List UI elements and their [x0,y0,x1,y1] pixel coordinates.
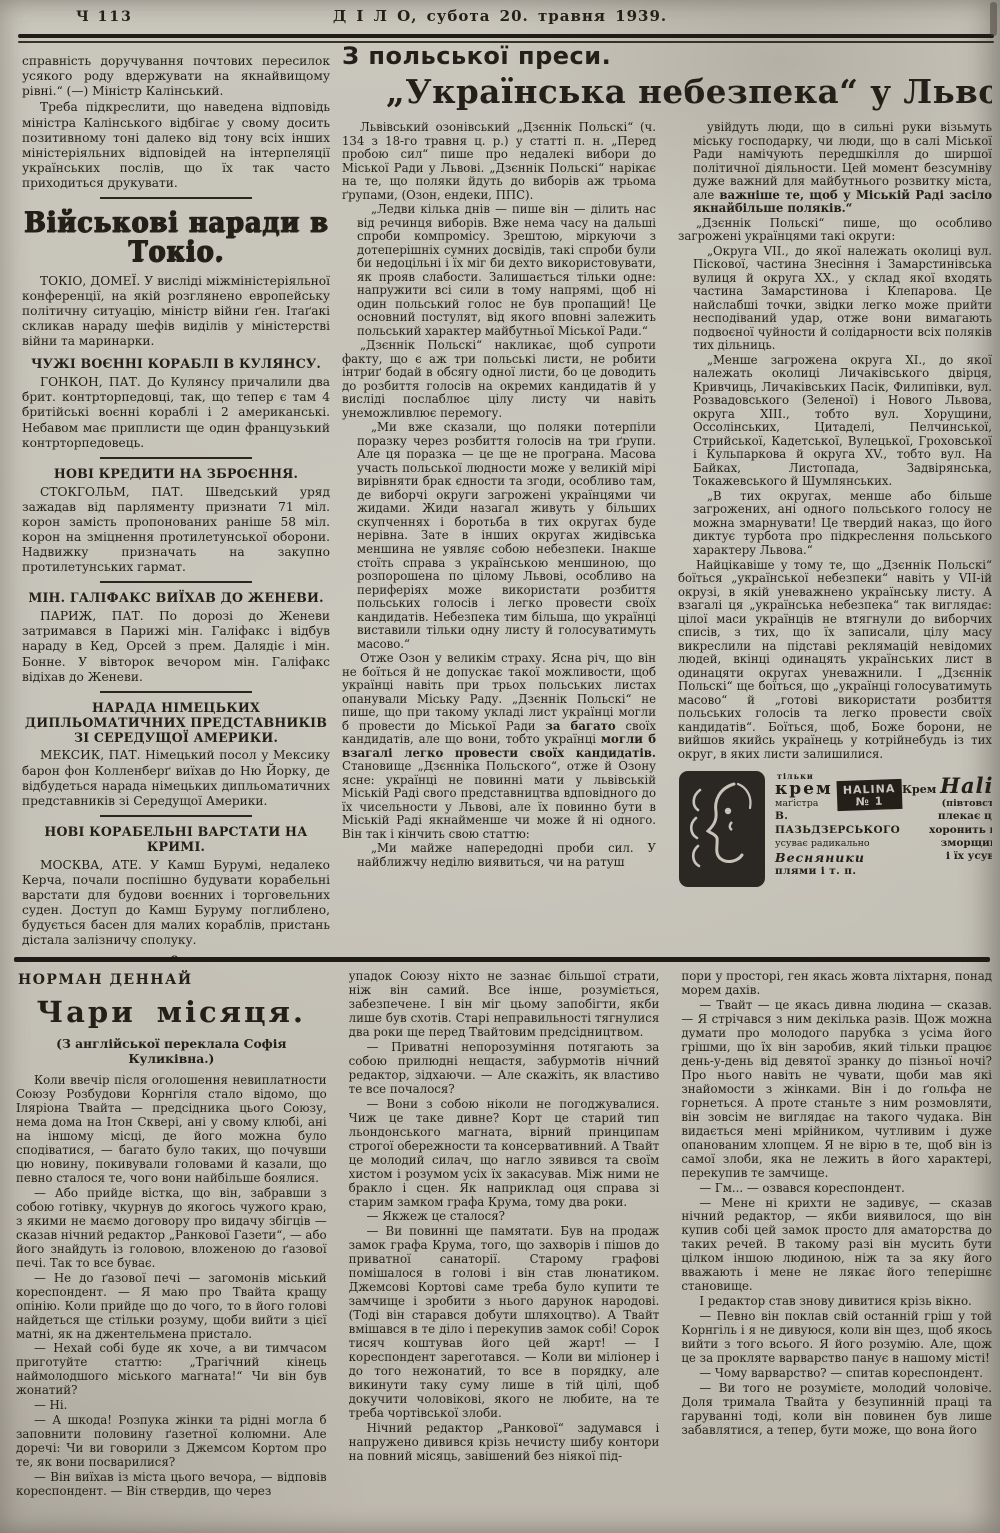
paragraph: — Якжеж це сталося? [349,1210,660,1224]
feuilleton-title: Чари місяця. [16,995,327,1029]
section-heading: ЧУЖІ ВОЄННІ КОРАБЛІ В КУЛЯНСУ. [22,357,330,372]
paragraph: Найцікавіше у тому те, що „Дзєннік Польс… [678,559,992,762]
paragraph: МЕКСИК, ПАТ. Німецький посол у Мексику б… [22,748,330,809]
paragraph: Львівський озонівський „Дзєннік Польскі“… [342,121,656,202]
paragraph: Треба підкреслити, що наведена відповідь… [22,100,330,191]
paragraph: Коли ввечір після оголошення невиплатнос… [16,1074,327,1186]
paragraph: — Або прийде вістка, що він, забравши з … [16,1187,327,1271]
halina-cream-ad: тільки крем HALINA № 1 маґістра В. ПАЗЬД… [678,770,992,890]
feuilleton-subtitle: (З англійської переклала Софія Куликівна… [16,1037,327,1066]
paragraph: „Ми вже сказали, що поляки потерпіли пор… [342,421,656,651]
paragraph: ГОНКОН, ПАТ. До Кулянсу причалили два бр… [22,375,330,451]
ad-left-text: тільки крем HALINA № 1 маґістра В. ПАЗЬД… [775,770,893,878]
article-column-2-text: увійдуть люди, що в сильні руки візьмуть… [678,121,992,762]
ad-action-line: усуває радикально [775,838,893,850]
display-headline: Військові наради в Токіо. [22,209,330,267]
ad-right-text: Крем Halina Nr. 2 (півтовстий) плекає це… [902,770,992,863]
paragraph: „Менше загрожена округа XI., до якої нал… [678,354,992,489]
woman-profile-woodcut-image [678,770,766,892]
paragraph: — Певно він поклав свій останній гріш у … [681,1310,992,1366]
paragraph: — Ви того не розумієте, молодий чоловіче… [681,1382,992,1438]
section-heading: НОВІ КРЕДИТИ НА ЗБРОЄННЯ. [22,467,330,482]
paragraph: — Твайт — це якась дивна людина — сказав… [681,999,992,1181]
feuilleton-section: НОРМАН ДЕННАЙ Чари місяця. (З англійсько… [16,970,992,1526]
article-column-1: Львівський озонівський „Дзєннік Польскі“… [342,121,656,921]
paragraph: упадок Союзу ніхто не зазнає більшої стр… [349,970,660,1040]
ad-right-line: плекає церу, [902,810,992,823]
feuilleton-column-1: НОРМАН ДЕННАЙ Чари місяця. (З англійсько… [16,970,327,1526]
masthead: Д І Л О, субота 20. травня 1939. [0,7,1000,25]
article-headline: „Українська небезпека“ у Львові. [386,72,992,111]
paragraph: пори у просторі, ген якась жовта ліхтарн… [681,970,992,998]
divider-rule [100,581,252,583]
halina-no1-badge: HALINA № 1 [836,779,902,811]
article-column-2: увійдуть люди, що в сильні руки візьмуть… [678,121,992,921]
ad-pharmacist-name: В. ПАЗЬДЗЕРСЬКОГО [775,810,893,837]
paragraph: — Мене ні крихти не задивує, — сказав ні… [681,1197,992,1295]
paragraph: СТОКГОЛЬМ, ПАТ. Шведський уряд зажадав в… [22,485,330,576]
paragraph: МОСКВА, АТЕ. У Камш Бурумі, недалеко Кер… [22,858,330,949]
paragraph: ТОКІО, ДОМЕЇ. У висліді міжміністеріяльн… [22,274,330,350]
article-kicker: З польської преси. [342,42,992,70]
paragraph: І редактор став знову дивитися крізь вік… [681,1295,992,1309]
section-heading: МІН. ГАЛІФАКС ВИЇХАВ ДО ЖЕНЕВИ. [22,591,330,606]
paragraph: справність доручування почтових пересило… [22,54,330,99]
paragraph: — Приватні непорозуміння потягають за со… [349,1041,660,1097]
section-separator-rule [14,957,990,962]
paragraph: „Дзєннік Польскі“ пише, що особливо загр… [678,217,992,244]
paragraph: — Ви повинні ще памятати. Був на продаж … [349,1225,660,1421]
paragraph: — Ні. [16,1399,327,1413]
ad-right-prefix: Крем [902,783,936,796]
paragraph: „В тих округах, менше або більше загроже… [678,490,992,558]
paragraph: „Округа VII., до якої належать околиці в… [678,245,992,353]
paragraph: ПАРИЖ, ПАТ. По дорозі до Женеви затримав… [22,609,330,685]
newspaper-page: Ч 113 Д І Л О, субота 20. травня 1939. с… [0,0,1000,1533]
paragraph: — Він виїхав із міста цього вечора, — ві… [16,1471,327,1499]
paragraph: — Чому варварство? — спитав кореспондент… [681,1367,992,1381]
header-rule-thick [18,34,994,38]
divider-rule [100,457,252,459]
page-header: Ч 113 Д І Л О, субота 20. травня 1939. [0,7,1000,33]
ad-right-line: і їх усуває [902,850,992,863]
paragraph: — Вони з собою ніколи не погоджувалися. … [349,1098,660,1210]
ad-right-line: зморщинам [902,837,992,850]
badge-number: № 1 [843,795,896,808]
page-edge-smudge [990,2,997,36]
paragraph: — Не до ґазової печі — загомонів міський… [16,1272,327,1342]
divider-rule [100,691,252,693]
ad-freckles-word: Весняники [775,850,893,865]
ad-right-subtitle: (півтовстий) [902,799,992,810]
section-heading: НОВІ КОРАБЕЛЬНІ ВАРСТАТИ НА КРИМІ. [22,825,330,855]
paragraph: — Гм... — озвався кореспондент. [681,1182,992,1196]
paragraph: Отже Озон у великім страху. Ясна річ, що… [342,652,656,841]
polish-press-article: З польської преси. „Українська небезпека… [342,42,992,960]
section-heading: НАРАДА НІМЕЦЬКИХ ДИПЛЬОМАТИЧНИХ ПРЕДСТАВ… [22,701,330,746]
ad-right-line: хоронить перед [902,824,992,837]
divider-rule [100,197,252,199]
ad-spots-line: плями і т. п. [775,865,893,879]
ad-right-title: Крем Halina Nr. 2 [902,774,992,798]
ad-right-brand: Halina [940,773,992,798]
paragraph: Нічний редактор „Ранкової“ задумався і н… [349,1422,660,1464]
divider-rule [100,815,252,817]
paragraph: „Ледви кілька днів — пише він — ділить н… [342,203,656,338]
feuilleton-column-2: упадок Союзу ніхто не зазнає більшої стр… [349,970,660,1526]
feuilleton-column-3: пори у просторі, ген якась жовта ліхтарн… [681,970,992,1526]
paragraph: — А шкода! Розпука жінки та рідні могла … [16,1414,327,1470]
news-column: справність доручування почтових пересило… [22,54,330,960]
paragraph: увійдуть люди, що в сильні руки візьмуть… [678,121,992,216]
paragraph: — Нехай собі буде як хоче, а ви тимчасом… [16,1342,327,1398]
feuilleton-column-1-text: Коли ввечір після оголошення невиплатнос… [16,1074,327,1499]
paragraph: „Ми майже напередодні проби сил. У найбл… [342,842,656,869]
feuilleton-author: НОРМАН ДЕННАЙ [18,972,327,989]
paragraph: „Дзєннік Польскі“ накликає, щоб супроти … [342,339,656,420]
